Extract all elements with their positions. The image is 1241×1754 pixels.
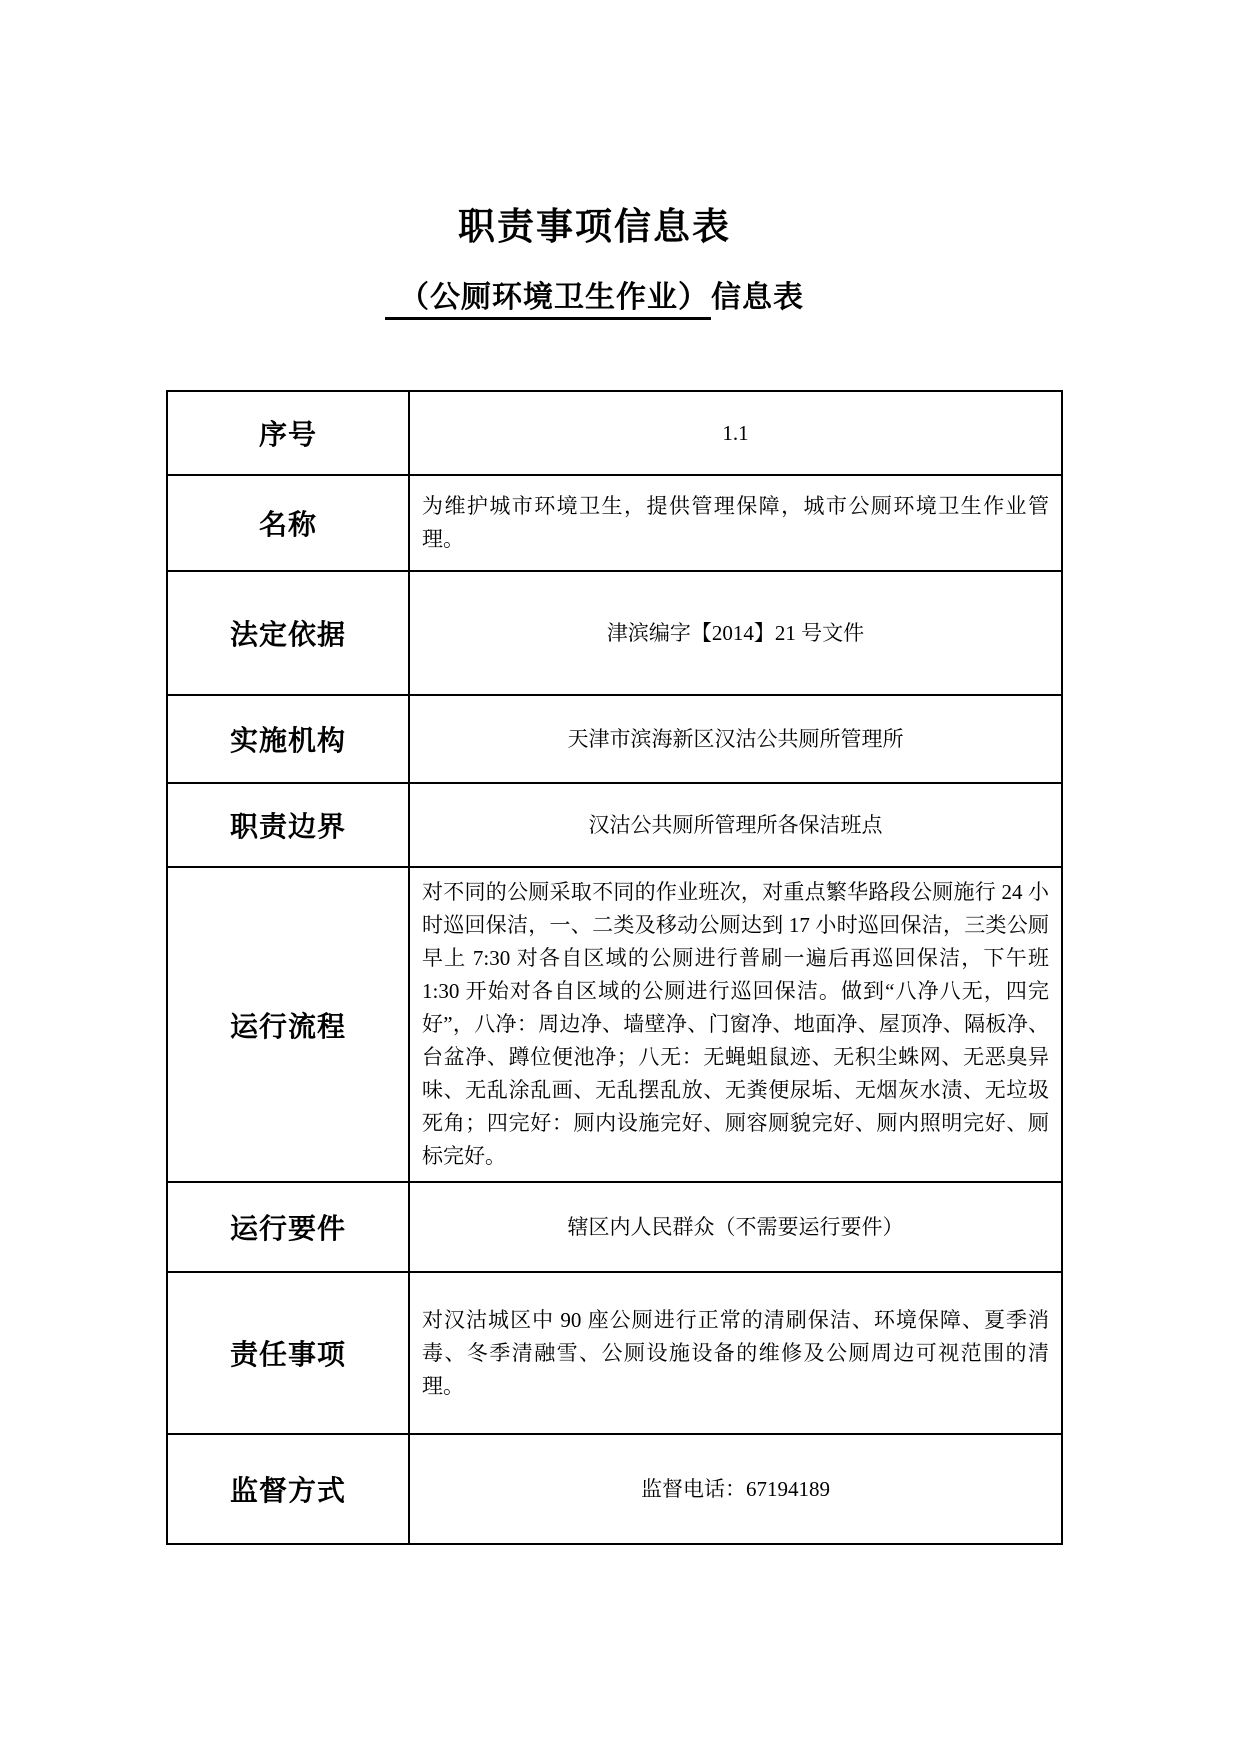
row-value: 辖区内人民群众（不需要运行要件） <box>409 1182 1062 1272</box>
table-row-yunxingyaojian: 运行要件 辖区内人民群众（不需要运行要件） <box>167 1182 1062 1272</box>
row-label: 职责边界 <box>167 783 409 867</box>
row-value: 监督电话：67194189 <box>409 1434 1062 1544</box>
subtitle-rest: 信息表 <box>711 281 804 314</box>
row-value: 对不同的公厕采取不同的作业班次，对重点繁华路段公厕施行 24 小时巡回保洁，一、… <box>409 867 1062 1182</box>
info-table: 序号 1.1 名称 为维护城市环境卫生，提供管理保障，城市公厕环境卫生作业管理。… <box>166 390 1063 1545</box>
table-row-mingcheng: 名称 为维护城市环境卫生，提供管理保障，城市公厕环境卫生作业管理。 <box>167 475 1062 571</box>
row-label: 运行流程 <box>167 867 409 1182</box>
table-row-jiandufangshi: 监督方式 监督电话：67194189 <box>167 1434 1062 1544</box>
page-subtitle: （公厕环境卫生作业）信息表 <box>166 272 1023 316</box>
subtitle-underlined-part: （公厕环境卫生作业） <box>385 281 711 320</box>
row-value: 天津市滨海新区汉沽公共厕所管理所 <box>409 695 1062 783</box>
row-label: 监督方式 <box>167 1434 409 1544</box>
table-row-yunxingliucheng: 运行流程 对不同的公厕采取不同的作业班次，对重点繁华路段公厕施行 24 小时巡回… <box>167 867 1062 1182</box>
row-label: 运行要件 <box>167 1182 409 1272</box>
row-value: 1.1 <box>409 391 1062 475</box>
document-page: 职责事项信息表 （公厕环境卫生作业）信息表 序号 1.1 名称 为维护城市环境卫… <box>166 0 1063 1545</box>
table-row-shishijigou: 实施机构 天津市滨海新区汉沽公共厕所管理所 <box>167 695 1062 783</box>
page-title: 职责事项信息表 <box>166 196 1023 250</box>
row-value: 汉沽公共厕所管理所各保洁班点 <box>409 783 1062 867</box>
row-label: 序号 <box>167 391 409 475</box>
row-label: 责任事项 <box>167 1272 409 1434</box>
row-label: 实施机构 <box>167 695 409 783</box>
row-value: 津滨编字【2014】21 号文件 <box>409 571 1062 695</box>
row-label: 名称 <box>167 475 409 571</box>
row-value: 为维护城市环境卫生，提供管理保障，城市公厕环境卫生作业管理。 <box>409 475 1062 571</box>
table-row-zhizebianjie: 职责边界 汉沽公共厕所管理所各保洁班点 <box>167 783 1062 867</box>
row-value: 对汉沽城区中 90 座公厕进行正常的清刷保洁、环境保障、夏季消毒、冬季清融雪、公… <box>409 1272 1062 1434</box>
table-row-xuhao: 序号 1.1 <box>167 391 1062 475</box>
row-label: 法定依据 <box>167 571 409 695</box>
table-row-fadingyiju: 法定依据 津滨编字【2014】21 号文件 <box>167 571 1062 695</box>
table-row-zerenshixiang: 责任事项 对汉沽城区中 90 座公厕进行正常的清刷保洁、环境保障、夏季消毒、冬季… <box>167 1272 1062 1434</box>
